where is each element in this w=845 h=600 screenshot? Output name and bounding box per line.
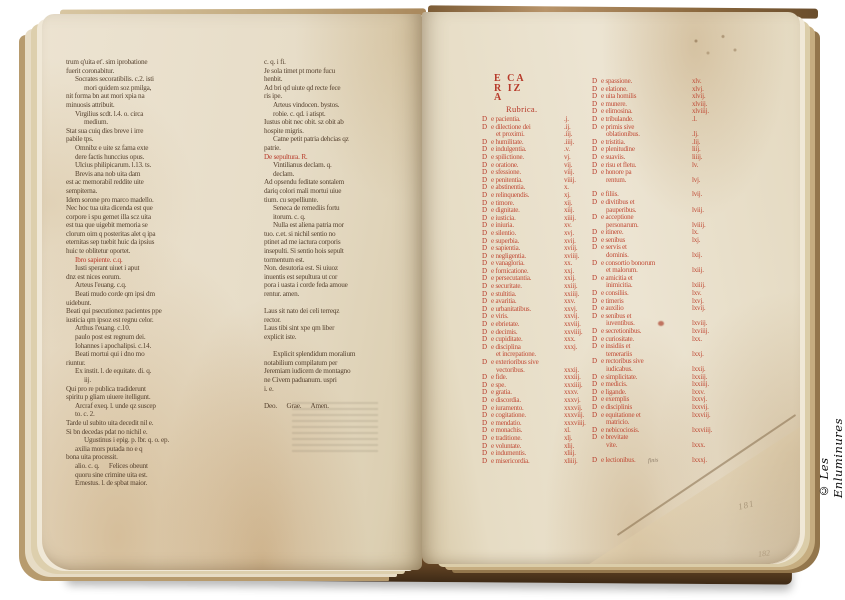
index-column-2: De spassione.xlv.De elatione.xlvj.De uit… (592, 78, 728, 464)
entry-initial: D (592, 169, 601, 177)
manuscript-line: robie. c. qd. i atispt. (264, 110, 420, 119)
manuscript-line: eternitas sep tuebit huic da ipsius (66, 238, 266, 247)
manuscript-line: Catne petit patria dehcias qz (264, 135, 420, 144)
manuscript-line: corpore i spu gemet illa scz uita (66, 213, 266, 222)
manuscript-line: Qui pro re publica tradiderunt (66, 385, 266, 394)
manuscript-line: iusticia qm ipsoz est regnu celor. (66, 316, 266, 325)
manuscript-line: Ad opsendu feditate sontalem (264, 178, 420, 187)
copyright-watermark: © Les Enluminures (817, 388, 845, 498)
manuscript-line: Je sola timet pt morte fucu (264, 67, 420, 76)
manuscript-line: dnz est nices eorum. (66, 273, 266, 282)
manuscript-line: Socrates secoratibilis. c.2. isti (66, 75, 266, 84)
manuscript-line: ptinet ad me iactura corporis (264, 238, 420, 247)
index-entry: De misericordia.xliiij. (482, 458, 598, 466)
left-page: trum q'uita et'. sim iprobationefuerit c… (42, 14, 422, 570)
entry-folio-numeral: lxxviij. (692, 412, 728, 420)
manuscript-line: mori quidem soz pmilga, (66, 84, 266, 93)
entry-folio-numeral: lxxx. (692, 442, 728, 450)
left-page-column-2: c. q. i fi.Je sola timet pt morte fucuhe… (264, 58, 420, 410)
manuscript-line: rentur. amen. (264, 290, 420, 299)
manuscript-line: Non. desutoria est. Si uiuoz (264, 264, 420, 273)
manuscript-line: minuosis attribuit. (66, 101, 266, 110)
manuscript-line: Iusti sperant uiuet i aput (66, 264, 266, 273)
manuscript-photo: trum q'uita et'. sim iprobationefuerit c… (0, 0, 845, 600)
manuscript-line: insepulti. Si sentio hois sepult (264, 247, 420, 256)
manuscript-line: iij. (66, 376, 266, 385)
entry-initial: D (592, 214, 601, 222)
entry-initial: D (592, 457, 601, 465)
manuscript-line: Iohannes i apochalipsi. c.14. (66, 342, 266, 351)
entry-initial: D (592, 199, 601, 207)
manuscript-line: Tarde ul subito uita decedit nil e. (66, 419, 266, 428)
manuscript-line: uidebunt. (66, 299, 266, 308)
manuscript-line: tuo. c.et. si nichil sentio no (264, 230, 420, 239)
entry-folio-numeral: .l. (692, 116, 728, 124)
manuscript-line: Beati mortui qui i dno mo (66, 350, 266, 359)
manuscript-line: henbit. (264, 75, 420, 84)
manuscript-line: De sepultura. R. (264, 153, 420, 162)
manuscript-line: c. q. i fi. (264, 58, 420, 67)
manuscript-line: Omnibz e uite sz fama exte (66, 144, 266, 153)
index-column-1: De pacientia..j.De dilectione dei.ij.et … (482, 116, 598, 465)
manuscript-line: i. e. (264, 385, 420, 394)
manuscript-line: Idem sorone pro marco madello. (66, 196, 266, 205)
manuscript-line: Ugustinus i epig. p. lbr. q. o. ep. (66, 436, 266, 445)
manuscript-line: paulo post est regnum dei. (66, 333, 266, 342)
entry-folio-numeral: lxiij. (692, 267, 728, 275)
manuscript-line: Nec hoc tua uita dicenda est que (66, 204, 266, 213)
entry-initial: D (482, 344, 491, 352)
manuscript-line: explicit iste. (264, 333, 420, 342)
manuscript-line: itorum. c. q. (264, 213, 420, 222)
manuscript-line: Arteus vindocen. bystos. (264, 101, 420, 110)
entry-initial: D (482, 458, 491, 466)
entry-folio-numeral: lxx. (692, 336, 728, 344)
index-entry: De lectionibus.lxxxj. (592, 457, 728, 465)
manuscript-line: to. c. 2. (66, 410, 266, 419)
quire-signature-line: A (494, 93, 526, 103)
stain-speckles (684, 32, 744, 62)
manuscript-line: Ernestus. l. de spbat maior. (66, 479, 266, 488)
manuscript-line: Brevis ana nob uita dam (66, 170, 266, 179)
manuscript-line: medium. (66, 118, 266, 127)
manuscript-line: Virgilius scdt. l.4. o. circa (66, 110, 266, 119)
entry-folio-numeral: lxj. (692, 237, 728, 245)
manuscript-line: alio. c. q. Felices obeunt (66, 462, 266, 471)
manuscript-line: Beati qui psecutionez pacientes ppe (66, 307, 266, 316)
manuscript-line: riuntur. (66, 359, 266, 368)
manuscript-line: Vintilianus declam. q. (264, 161, 420, 170)
manuscript-line: patrie. (264, 144, 420, 153)
manuscript-line: Ulcius philipicarum. l.13. ts. (66, 161, 266, 170)
entry-folio-numeral: lxxj. (692, 351, 728, 359)
manuscript-line: huic te oblitetur oportet. (66, 247, 266, 256)
manuscript-line: clorum oim q posteritas alet q ipa (66, 230, 266, 239)
manuscript-line: inuentis est sepultura ut cor (264, 273, 420, 282)
manuscript-line: Iustus obit nec obit. sz obit ab (264, 118, 420, 127)
manuscript-line: ris ipe. (264, 92, 420, 101)
manuscript-line: Ibro sapiente. c.q. (66, 256, 266, 265)
entry-folio-numeral: lvj. (692, 177, 728, 185)
manuscript-line: Jeremiam iudicem de montagno (264, 367, 420, 376)
index-entry: vite.lxxx. (592, 442, 728, 450)
entry-title: e misericordia. (491, 458, 564, 466)
manuscript-line: bona uita processit. (66, 453, 266, 462)
manuscript-line: tormentum est. (264, 256, 420, 265)
manuscript-line: est ac memorabil reddite uite (66, 178, 266, 187)
manuscript-line: Arteus l'euang. c.q. (66, 281, 266, 290)
entry-folio-numeral: lxxviiij. (692, 427, 728, 435)
entry-folio-numeral: lv. (692, 162, 728, 170)
manuscript-line: Si bn decedas pdat no nichil e. (66, 428, 266, 437)
manuscript-line: pabile tps. (66, 135, 266, 144)
manuscript-line: Stat sua cuiq dies breve i irre (66, 127, 266, 136)
manuscript-line: notabilium compilatum per (264, 359, 420, 368)
rubrica-heading: Rubrica. (506, 104, 537, 114)
entry-initial: D (592, 244, 601, 252)
manuscript-line: hospite migris. (264, 127, 420, 136)
manuscript-line: sempiterna. (66, 187, 266, 196)
manuscript-line: trum q'uita et'. sim iprobatione (66, 58, 266, 67)
manuscript-line: Laus sit nato dei celi terreqz (264, 307, 420, 316)
entry-initial: D (592, 434, 601, 442)
manuscript-line: spiritu p gliam uiuere itelligunt. (66, 393, 266, 402)
manuscript-line: rector. (264, 316, 420, 325)
entry-initial: D (592, 275, 601, 283)
manuscript-line: Nulla est aliena patria mor (264, 221, 420, 230)
entry-title: rentum. (601, 177, 692, 185)
entry-initial: D (592, 343, 601, 351)
manuscript-line: Ex instit. l. de equitate. di. q. (66, 367, 266, 376)
manuscript-line (264, 342, 420, 351)
quire-signature: E CA R IZ A (494, 74, 526, 103)
entry-folio-numeral: xlviiij. (692, 108, 728, 116)
manuscript-line: declam. (264, 170, 420, 179)
entry-initial: D (592, 260, 601, 268)
manuscript-line: dere factis hunccius opus. (66, 153, 266, 162)
entry-initial: D (592, 124, 601, 132)
index-entry: rentum.lvj. (592, 177, 728, 185)
manuscript-line: fuerit coronabitur. (66, 67, 266, 76)
manuscript-line: quoru sine crimine uita est. (66, 471, 266, 480)
manuscript-line: dariq colori mali mortui uiue (264, 187, 420, 196)
entry-initial: D (482, 124, 491, 132)
show-through-text (292, 398, 378, 456)
manuscript-line: Beati mudo corde qm ipsi dm (66, 290, 266, 299)
entry-title: vite. (601, 442, 692, 450)
entry-initial: D (592, 358, 601, 366)
entry-folio-numeral: lxij. (692, 252, 728, 260)
entry-initial: D (592, 313, 601, 321)
manuscript-line: Ad bri qd uiute qd recte fece (264, 84, 420, 93)
manuscript-line: nit forma bn aut mori xpia na (66, 92, 266, 101)
manuscript-line: ne Civem paduanum. uspri (264, 376, 420, 385)
entry-folio-numeral: lviij. (692, 207, 728, 215)
manuscript-line: Arthus l'euang. c.10. (66, 324, 266, 333)
manuscript-line: Explicit splendidum moralium (264, 350, 420, 359)
entry-initial: D (592, 412, 601, 420)
right-page: E CA R IZ A Rubrica. De pacientia..j.De … (422, 12, 800, 564)
manuscript-line: Seneca de remediis fortu (264, 204, 420, 213)
scribal-note: finis (648, 458, 659, 465)
red-ink-stain (658, 321, 664, 326)
manuscript-line (264, 299, 420, 308)
left-page-column-1: trum q'uita et'. sim iprobationefuerit c… (66, 58, 266, 488)
manuscript-line: Arcraf exeq. l. unde qz suscep (66, 402, 266, 411)
manuscript-line: pora i uasta i corde feda amoue (264, 281, 420, 290)
entry-title: e lectionibus. (601, 457, 692, 465)
entry-folio-numeral: lxvij. (692, 305, 728, 313)
manuscript-line: axilia mors putada no e q (66, 445, 266, 454)
entry-initial: D (482, 359, 491, 367)
manuscript-line: tium. cu sepelliunte. (264, 196, 420, 205)
entry-folio-numeral: lvij. (692, 191, 728, 199)
manuscript-line: Laus tibi sint xpe qm liber (264, 324, 420, 333)
manuscript-line: est tua que uigebit memoria se (66, 221, 266, 230)
